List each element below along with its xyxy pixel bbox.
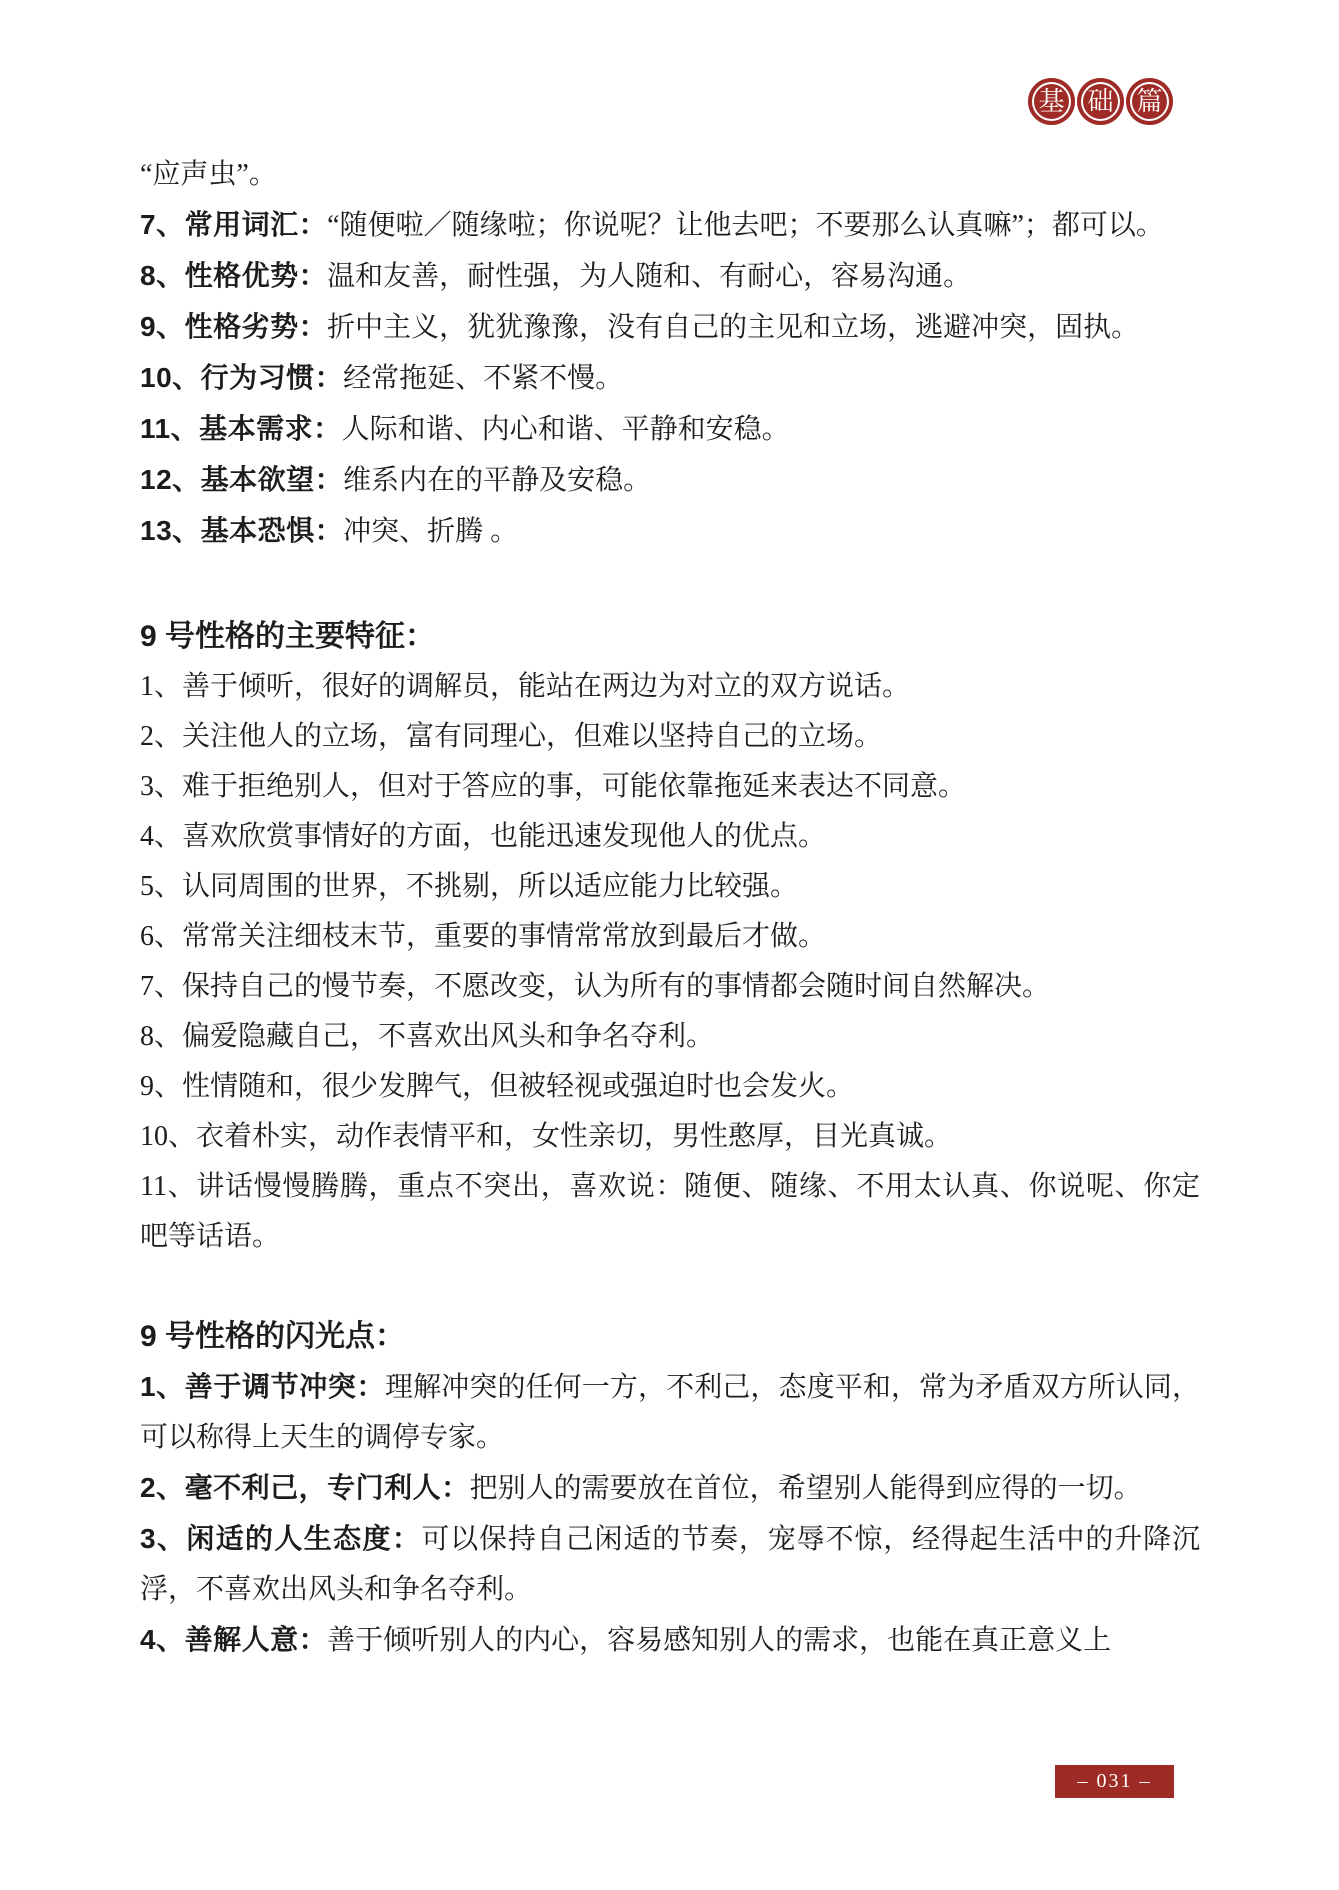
trait-label: 9、性格劣势： bbox=[140, 311, 327, 342]
feature-item: 5、认同周围的世界，不挑剔，所以适应能力比较强。 bbox=[140, 862, 1200, 912]
chapter-badge-3: 篇 bbox=[1126, 78, 1173, 125]
trait-item: 8、性格优势：温和友善，耐性强，为人随和、有耐心，容易沟通。 bbox=[140, 251, 1200, 302]
highlight-item: 2、毫不利己，专门利人：把别人的需要放在首位，希望别人能得到应得的一切。 bbox=[140, 1463, 1200, 1514]
feature-item: 7、保持自己的慢节奏，不愿改变，认为所有的事情都会随时间自然解决。 bbox=[140, 962, 1200, 1012]
page-number-badge: – 031 – bbox=[1055, 1765, 1174, 1798]
chapter-badge-char: 基 bbox=[1038, 89, 1064, 115]
trait-text: “随便啦／随缘啦；你说呢？让他去吧；不要那么认真嘛”；都可以。 bbox=[327, 210, 1164, 241]
trait-text: 折中主义，犹犹豫豫，没有自己的主见和立场，逃避冲突，固执。 bbox=[327, 312, 1139, 343]
text-column: “应声虫”。 7、常用词汇：“随便啦／随缘啦；你说呢？让他去吧；不要那么认真嘛”… bbox=[140, 150, 1200, 1666]
trait-label: 11、基本需求： bbox=[140, 413, 342, 444]
feature-item: 9、性情随和，很少发脾气，但被轻视或强迫时也会发火。 bbox=[140, 1062, 1200, 1112]
highlight-label: 2、毫不利己，专门利人： bbox=[140, 1472, 470, 1503]
trait-item: 7、常用词汇：“随便啦／随缘啦；你说呢？让他去吧；不要那么认真嘛”；都可以。 bbox=[140, 200, 1200, 251]
section-heading-main-features: 9 号性格的主要特征： bbox=[140, 612, 1200, 662]
feature-item: 2、关注他人的立场，富有同理心，但难以坚持自己的立场。 bbox=[140, 712, 1200, 762]
highlight-text: 善于倾听别人的内心，容易感知别人的需求，也能在真正意义上 bbox=[327, 1625, 1111, 1656]
section-heading-highlights: 9 号性格的闪光点： bbox=[140, 1312, 1200, 1362]
feature-item: 6、常常关注细枝末节，重要的事情常常放到最后才做。 bbox=[140, 912, 1200, 962]
trait-text: 人际和谐、内心和谐、平静和安稳。 bbox=[342, 414, 790, 445]
chapter-badge-char: 础 bbox=[1087, 89, 1113, 115]
trait-item: 13、基本恐惧：冲突、折腾 。 bbox=[140, 506, 1200, 557]
trait-label: 8、性格优势： bbox=[140, 260, 327, 291]
highlight-label: 4、善解人意： bbox=[140, 1624, 327, 1655]
book-page: 基 础 篇 “应声虫”。 7、常用词汇：“随便啦／随缘啦；你说呢？让他去吧；不要… bbox=[0, 0, 1339, 1890]
chapter-corner-badges: 基 础 篇 bbox=[1028, 78, 1173, 125]
trait-text: 维系内在的平静及安稳。 bbox=[343, 465, 651, 496]
chapter-badge-2: 础 bbox=[1077, 78, 1124, 125]
trait-label: 12、基本欲望： bbox=[140, 464, 343, 495]
intro-text: “应声虫”。 bbox=[140, 159, 277, 190]
trait-label: 7、常用词汇： bbox=[140, 209, 327, 240]
trait-text: 温和友善，耐性强，为人随和、有耐心，容易沟通。 bbox=[327, 261, 971, 292]
chapter-badge-1: 基 bbox=[1028, 78, 1075, 125]
trait-label: 10、行为习惯： bbox=[140, 362, 343, 393]
chapter-badge-char: 篇 bbox=[1136, 89, 1162, 115]
trait-item: 10、行为习惯：经常拖延、不紧不慢。 bbox=[140, 353, 1200, 404]
trait-label: 13、基本恐惧： bbox=[140, 515, 343, 546]
highlight-label: 1、善于调节冲突： bbox=[140, 1371, 385, 1402]
highlight-item: 4、善解人意：善于倾听别人的内心，容易感知别人的需求，也能在真正意义上 bbox=[140, 1615, 1200, 1666]
intro-continuation-paragraph: “应声虫”。 bbox=[140, 150, 1200, 200]
feature-item: 11、讲话慢慢腾腾，重点不突出，喜欢说：随便、随缘、不用太认真、你说呢、你定吧等… bbox=[140, 1162, 1200, 1262]
feature-item: 8、偏爱隐藏自己，不喜欢出风头和争名夺利。 bbox=[140, 1012, 1200, 1062]
trait-item: 9、性格劣势：折中主义，犹犹豫豫，没有自己的主见和立场，逃避冲突，固执。 bbox=[140, 302, 1200, 353]
highlight-item: 1、善于调节冲突：理解冲突的任何一方，不利己，态度平和，常为矛盾双方所认同，可以… bbox=[140, 1362, 1200, 1463]
highlight-item: 3、闲适的人生态度：可以保持自己闲适的节奏，宠辱不惊，经得起生活中的升降沉浮，不… bbox=[140, 1514, 1200, 1615]
trait-text: 经常拖延、不紧不慢。 bbox=[343, 363, 623, 394]
trait-text: 冲突、折腾 。 bbox=[343, 516, 518, 547]
feature-item: 1、善于倾听，很好的调解员，能站在两边为对立的双方说话。 bbox=[140, 662, 1200, 712]
trait-item: 12、基本欲望：维系内在的平静及安稳。 bbox=[140, 455, 1200, 506]
highlight-text: 把别人的需要放在首位，希望别人能得到应得的一切。 bbox=[470, 1473, 1142, 1504]
highlight-label: 3、闲适的人生态度： bbox=[140, 1523, 421, 1554]
trait-item: 11、基本需求：人际和谐、内心和谐、平静和安稳。 bbox=[140, 404, 1200, 455]
feature-item: 4、喜欢欣赏事情好的方面，也能迅速发现他人的优点。 bbox=[140, 812, 1200, 862]
feature-item: 10、衣着朴实，动作表情平和，女性亲切，男性憨厚，目光真诚。 bbox=[140, 1112, 1200, 1162]
feature-item: 3、难于拒绝别人，但对于答应的事，可能依靠拖延来表达不同意。 bbox=[140, 762, 1200, 812]
